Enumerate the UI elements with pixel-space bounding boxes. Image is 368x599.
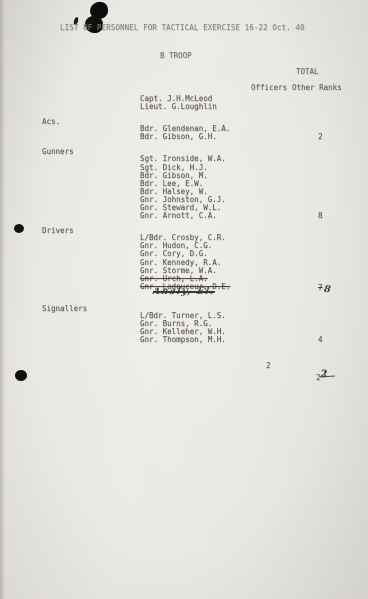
roster-line: Gnr. Thompson, M.H.4 (0, 335, 368, 344)
grand-total-row: 2 212 (0, 352, 368, 364)
grand-total-corrected-digit: 12 (321, 370, 329, 380)
roster-line: Gnr. Arnott, C.A.8 (0, 211, 368, 220)
scanned-document-page: LIST OF PERSONNEL FOR TACTICAL EXERCISE … (0, 0, 368, 599)
grand-total-other-ranks: 212 (316, 370, 329, 382)
roster-name: Gnr. Arnott, C.A. (140, 211, 217, 220)
handwritten-annotation: Analy, El. (152, 287, 216, 297)
roster-line: Analy, El. (0, 289, 368, 298)
roster-name: Gnr. Thompson, M.H. (140, 335, 226, 344)
roster-name: Bdr. Gibson, G.H. (140, 132, 217, 141)
grand-total-handwritten-digit: 2 (321, 369, 328, 380)
section-other-ranks-total: 8 (318, 211, 338, 220)
roster-line: Lieut. G.Loughlin (0, 102, 368, 111)
roster-line: Bdr. Gibson, G.H.2 (0, 132, 368, 141)
officer-name: Lieut. G.Loughlin (140, 102, 217, 111)
section-other-ranks-total: 4 (318, 335, 338, 344)
grand-total-officers: 2 (266, 361, 271, 370)
personnel-roster: Capt. J.H.McLeodLieut. G.LoughlinAcs.Bdr… (0, 0, 368, 599)
section-other-ranks-total: 2 (318, 132, 338, 141)
